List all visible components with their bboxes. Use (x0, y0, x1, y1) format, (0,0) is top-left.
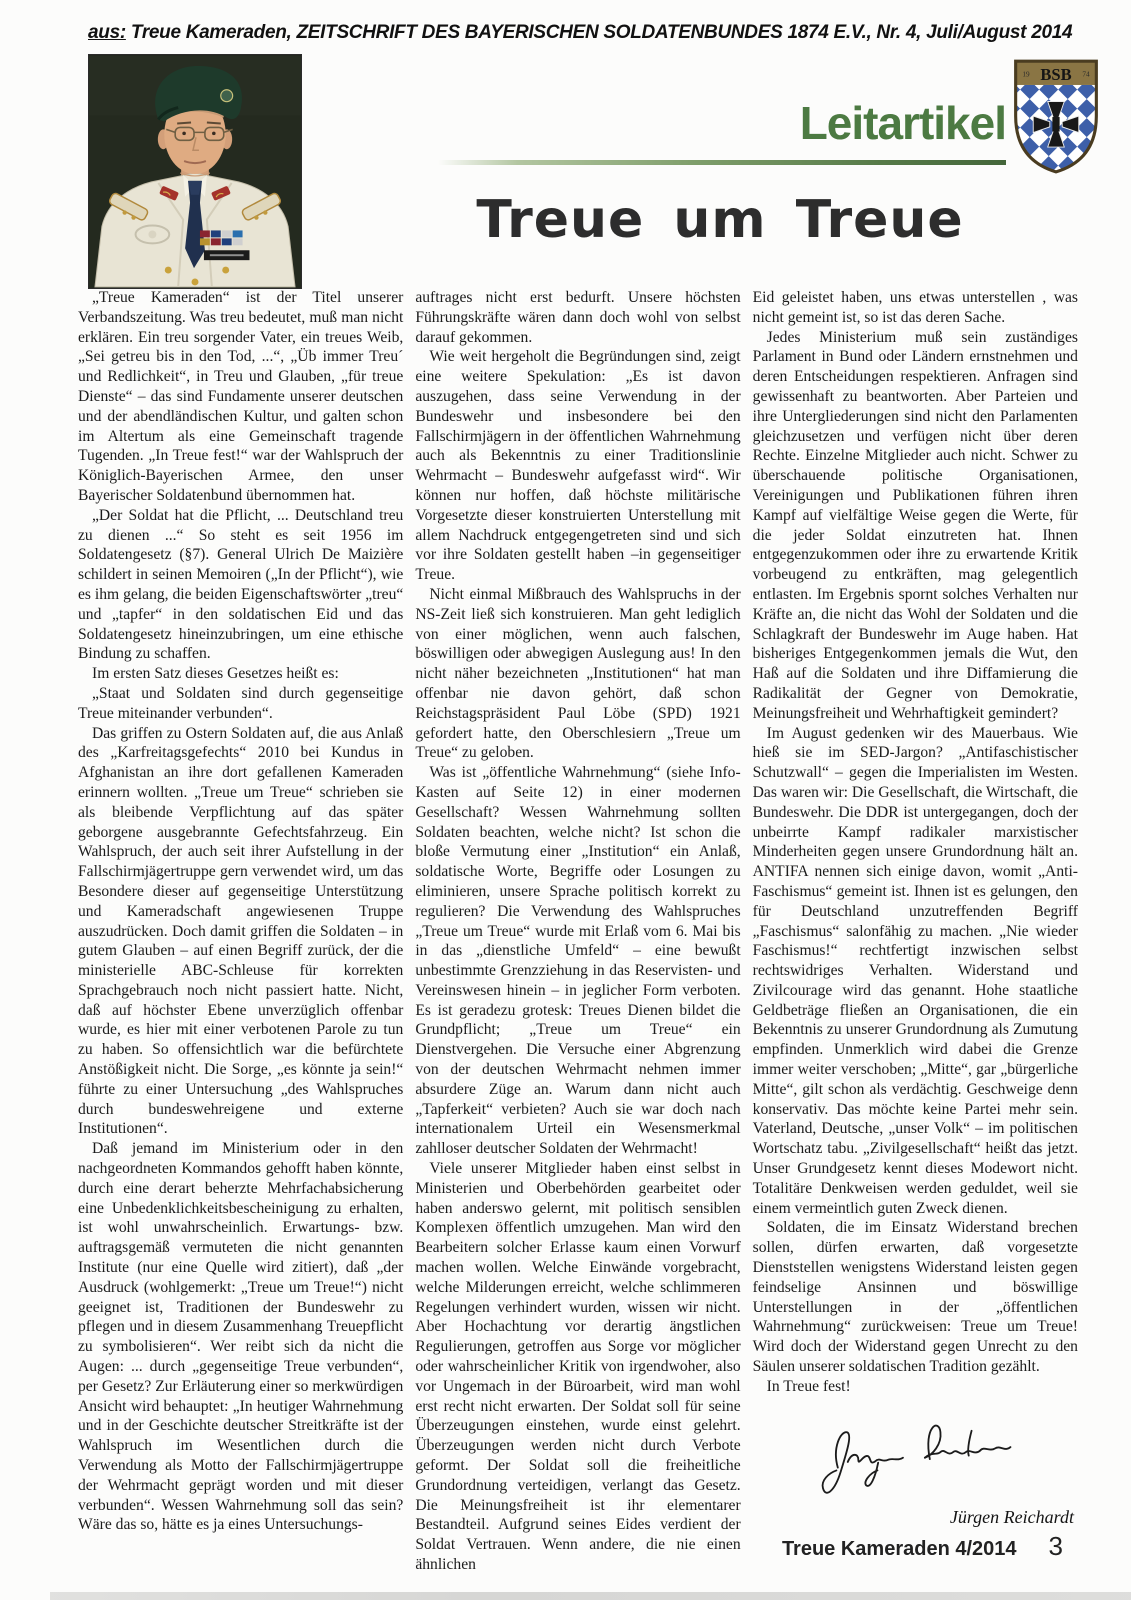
source-text: Treue Kameraden, ZEITSCHRIFT DES BAYERIS… (126, 22, 1072, 43)
paragraph: Eid geleistet haben, uns etwas unterstel… (753, 288, 1078, 328)
paragraph: Wie weit hergeholt die Begründungen sind… (415, 347, 740, 585)
paragraph: „Der Soldat hat die Pflicht, ... Deutsch… (78, 506, 403, 664)
crest-year-right: 74 (1082, 71, 1090, 79)
author-portrait-photo (88, 54, 302, 289)
scan-edge-artifact (50, 1592, 1131, 1600)
page-number: 3 (1049, 1531, 1063, 1562)
section-label: Leitartikel (560, 96, 1006, 150)
magazine-page: aus: Treue Kameraden, ZEITSCHRIFT DES BA… (0, 0, 1131, 1600)
paragraph: Was ist „öffentliche Wahrnehmung“ (siehe… (415, 763, 740, 1159)
paragraph: Das griffen zu Ostern Soldaten auf, die … (78, 724, 403, 1140)
paragraph: Viele unserer Mitglieder haben einst sel… (415, 1159, 740, 1575)
paragraph: Im ersten Satz dieses Gesetzes heißt es: (78, 664, 403, 684)
paragraph: Daß jemand im Ministerium oder in den na… (78, 1139, 403, 1535)
article-title: Treue um Treue (430, 190, 1010, 250)
bsb-crest-icon: BSB 19 74 (1010, 56, 1102, 176)
page-footer: Treue Kameraden 4/2014 3 (782, 1531, 1063, 1562)
crest-year-left: 19 (1022, 71, 1030, 79)
bsb-shield-graphic: BSB 19 74 (1010, 56, 1102, 176)
author-name: Jürgen Reichardt (753, 1507, 1078, 1528)
paragraph: „Staat und Soldaten sind durch gegenseit… (78, 684, 403, 724)
section-divider-rule (438, 160, 1006, 165)
signature-block: Jürgen Reichardt (753, 1411, 1078, 1528)
handwritten-signature (779, 1411, 1041, 1503)
soldier-portrait-graphic (89, 55, 301, 288)
column-1: „Treue Kameraden“ ist der Titel unserer … (78, 288, 403, 1588)
paragraph: Im August gedenken wir des Mauerbaus. Wi… (753, 724, 1078, 1219)
crest-org-text: BSB (1040, 65, 1071, 84)
paragraph: Jedes Ministerium muß sein zuständiges P… (753, 328, 1078, 724)
paragraph: Soldaten, die im Einsatz Widerstand brec… (753, 1218, 1078, 1376)
column-3: Eid geleistet haben, uns etwas unterstel… (753, 288, 1078, 1588)
paragraph: „Treue Kameraden“ ist der Titel unserer … (78, 288, 403, 506)
source-prefix: aus: (88, 22, 126, 43)
article-body: „Treue Kameraden“ ist der Titel unserer … (78, 288, 1078, 1588)
journal-reference: Treue Kameraden 4/2014 (782, 1538, 1017, 1561)
closing-line: In Treue fest! (753, 1377, 1078, 1397)
paragraph: Nicht einmal Mißbrauch des Wahlspruchs i… (415, 585, 740, 763)
column-2: auftrages nicht erst bedurft. Unsere höc… (415, 288, 740, 1588)
paragraph: auftrages nicht erst bedurft. Unsere höc… (415, 288, 740, 347)
source-header-line: aus: Treue Kameraden, ZEITSCHRIFT DES BA… (88, 22, 1088, 44)
